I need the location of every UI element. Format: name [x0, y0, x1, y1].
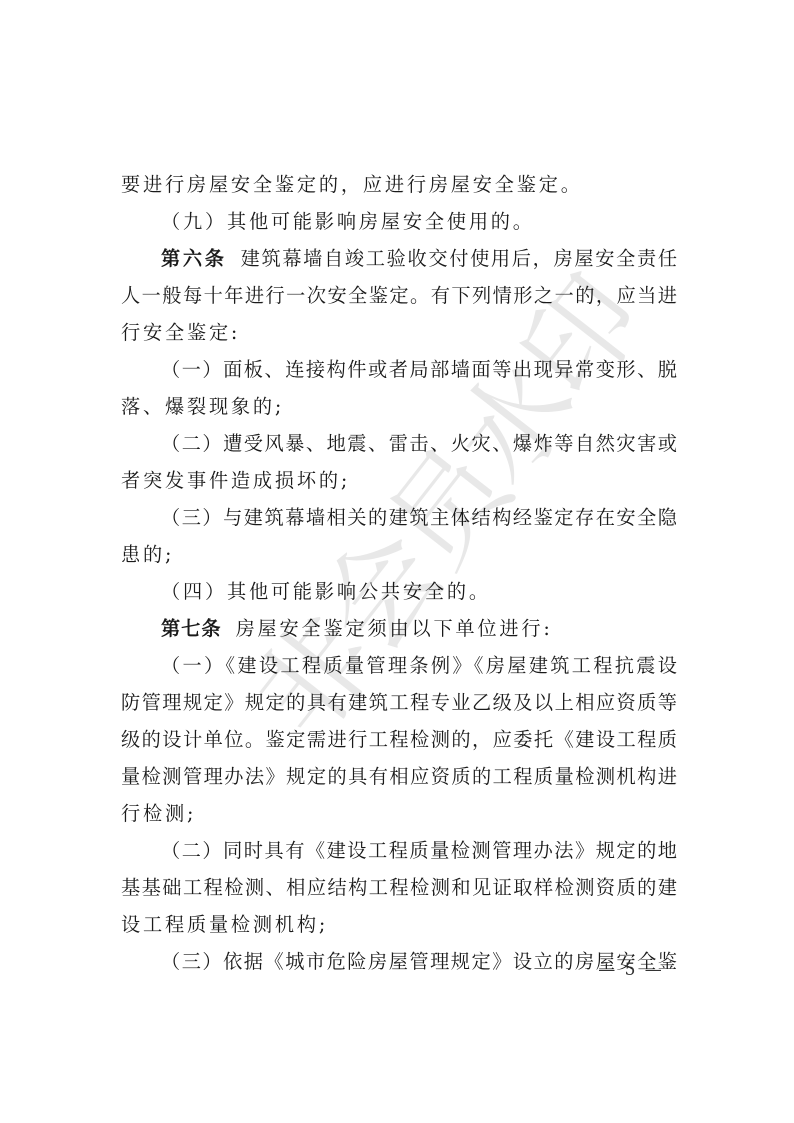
clause-line: （一）面板、连接构件或者局部墙面等出现异常变形、脱	[121, 351, 677, 388]
clause-line: （二）同时具有《建设工程质量检测管理办法》规定的地	[121, 832, 677, 869]
text-line: 设工程质量检测机构;	[121, 906, 677, 943]
text-line: 落、爆裂现象的;	[121, 388, 677, 425]
text-line: 级的设计单位。鉴定需进行工程检测的，应委托《建设工程质	[121, 721, 677, 758]
document-page: 要进行房屋安全鉴定的，应进行房屋安全鉴定。（九）其他可能影响房屋安全使用的。第六…	[0, 0, 794, 1123]
text-line: 基基础工程检测、相应结构工程检测和见证取样检测资质的建	[121, 869, 677, 906]
text-line: 人一般每十年进行一次安全鉴定。有下列情形之一的，应当进	[121, 277, 677, 314]
clause-line: （一）《建设工程质量管理条例》《房屋建筑工程抗震设	[121, 647, 677, 684]
article-heading: 第七条	[161, 617, 222, 640]
text-line: 要进行房屋安全鉴定的，应进行房屋安全鉴定。	[121, 166, 677, 203]
page-number: — 5 —	[586, 960, 676, 980]
text-line: 行检测;	[121, 795, 677, 832]
article-line: 第六条建筑幕墙自竣工验收交付使用后，房屋安全责任	[121, 240, 677, 277]
text-line: 患的;	[121, 536, 677, 573]
clause-line: （三）与建筑幕墙相关的建筑主体结构经鉴定存在安全隐	[121, 499, 677, 536]
article-text: 房屋安全鉴定须由以下单位进行:	[236, 617, 553, 640]
article-text: 建筑幕墙自竣工验收交付使用后，房屋安全责任	[241, 247, 677, 270]
clause-line: （二）遭受风暴、地震、雷击、火灾、爆炸等自然灾害或	[121, 425, 677, 462]
clause-line: （四）其他可能影响公共安全的。	[121, 573, 677, 610]
text-line: 者突发事件造成损坏的;	[121, 462, 677, 499]
text-line: 量检测管理办法》规定的具有相应资质的工程质量检测机构进	[121, 758, 677, 795]
text-line: 防管理规定》规定的具有建筑工程专业乙级及以上相应资质等	[121, 684, 677, 721]
article-line: 第七条房屋安全鉴定须由以下单位进行:	[121, 610, 677, 647]
text-line: 行安全鉴定:	[121, 314, 677, 351]
body-text: 要进行房屋安全鉴定的，应进行房屋安全鉴定。（九）其他可能影响房屋安全使用的。第六…	[121, 166, 677, 980]
clause-line: （九）其他可能影响房屋安全使用的。	[121, 203, 677, 240]
article-heading: 第六条	[161, 247, 227, 270]
